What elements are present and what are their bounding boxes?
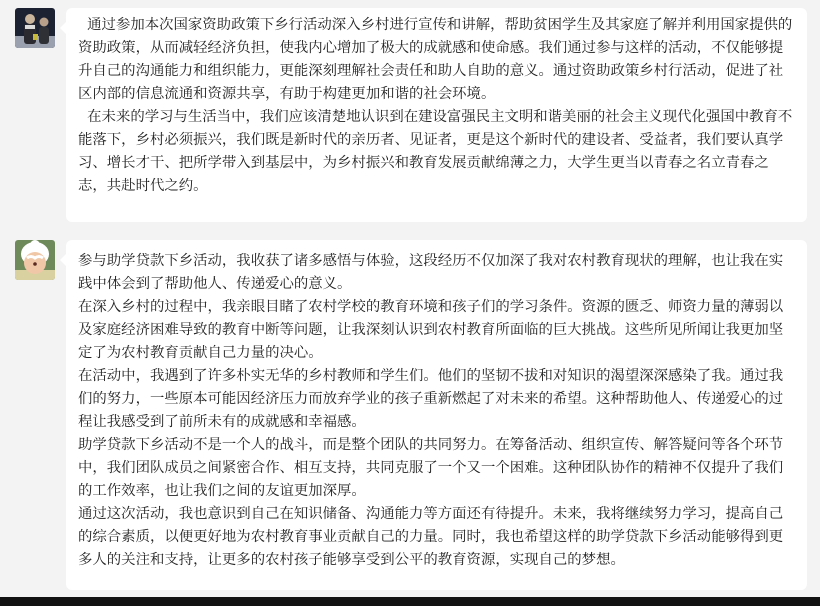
message-paragraph: 在活动中，我遇到了许多朴实无华的乡村教师和学生们。他们的坚韧不拔和对知识的渴望深… [78, 365, 795, 434]
message-paragraph: 助学贷款下乡活动不是一个人的战斗，而是整个团队的共同努力。在筹备活动、组织宣传、… [78, 434, 795, 503]
group-photo-avatar[interactable] [15, 8, 55, 48]
cartoon-grandma-avatar[interactable] [15, 240, 55, 280]
message-paragraph: 在未来的学习与生活当中，我们应该清楚地认识到在建设富强民主文明和谐美丽的社会主义… [78, 106, 795, 198]
message-paragraph: 通过参加本次国家资助政策下乡行活动深入乡村进行宣传和讲解，帮助贫困学生及其家庭了… [78, 14, 795, 106]
message-bubble: 参与助学贷款下乡活动，我收获了诸多感悟与体验，这段经历不仅加深了我对农村教育现状… [66, 240, 807, 590]
message-bubble: 通过参加本次国家资助政策下乡行活动深入乡村进行宣传和讲解，帮助贫困学生及其家庭了… [66, 8, 807, 222]
message-paragraph: 参与助学贷款下乡活动，我收获了诸多感悟与体验，这段经历不仅加深了我对农村教育现状… [78, 250, 795, 296]
message-paragraph: 通过这次活动，我也意识到自己在知识储备、沟通能力等方面还有待提升。未来，我将继续… [78, 503, 795, 572]
message-paragraph: 在深入乡村的过程中，我亲眼目睹了农村学校的教育环境和孩子们的学习条件。资源的匮乏… [78, 296, 795, 365]
bottom-edge-bar [0, 597, 820, 606]
